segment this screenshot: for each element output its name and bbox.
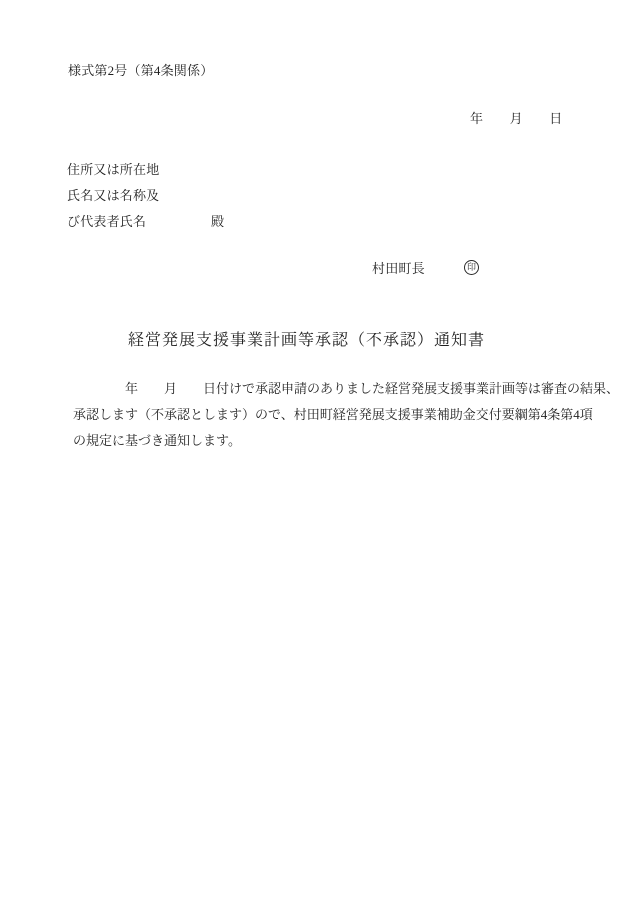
body-line-1: 年 月 日付けで承認申請のありました経営発展支援事業計画等は審査の結果、: [73, 380, 619, 397]
recipient-name-label-line1: 氏名又は名称及: [67, 187, 159, 204]
document-page: 様式第2号（第4条関係） 年 月 日 住所又は所在地 氏名又は名称及 び代表者氏…: [0, 0, 630, 903]
document-title: 経営発展支援事業計画等承認（不承認）通知書: [128, 331, 485, 351]
recipient-name-label-line2: び代表者氏名: [67, 213, 146, 230]
body-line-3: の規定に基づき通知します。: [73, 432, 241, 449]
recipient-honorific: 殿: [211, 213, 224, 230]
issuer-title: 村田町長: [372, 260, 425, 277]
recipient-address-label: 住所又は所在地: [67, 161, 159, 178]
form-number: 様式第2号（第4条関係）: [68, 62, 213, 79]
body-line-2: 承認します（不承認とします）ので、村田町経営発展支援事業補助金交付要綱第4条第4…: [73, 406, 593, 423]
seal-icon: 印: [464, 260, 479, 275]
issue-date-blank: 年 月 日: [470, 110, 562, 127]
